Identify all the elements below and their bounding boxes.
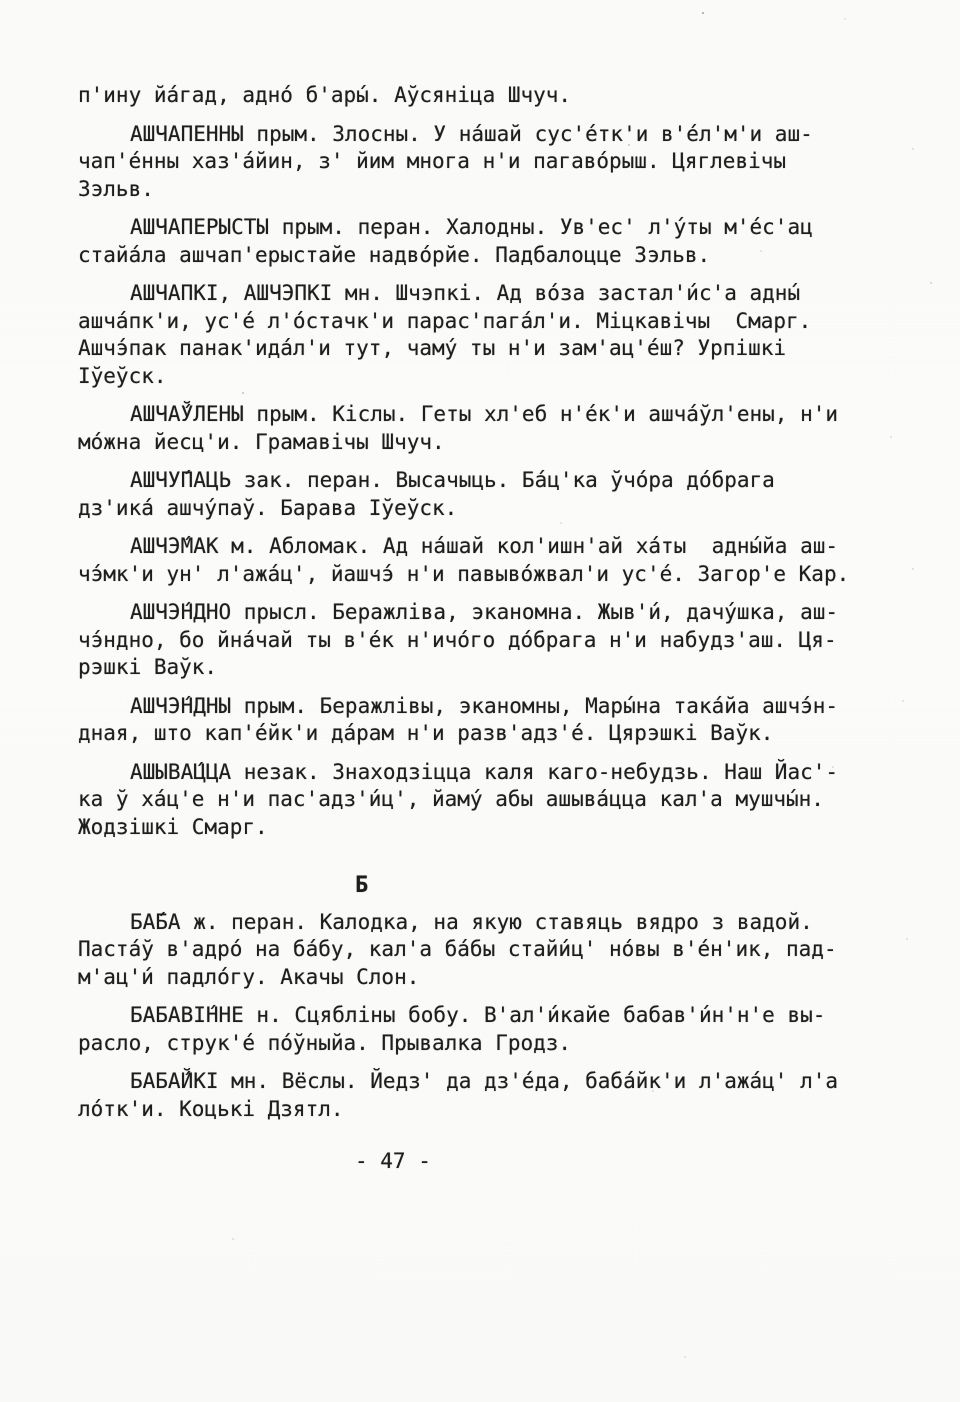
text-line: рэшкі Ваўк. <box>78 654 960 682</box>
text-line: БАБА́ЙКІ мн. Вёслы. Йедз' да дз'е́да, ба… <box>78 1068 960 1096</box>
text-line: чэ́ндно, бо йна́чай ты в'е́к н'ичо́го до… <box>78 627 960 655</box>
scan-noise-speckles <box>0 0 2 2</box>
dictionary-entry: БАБА́ЙКІ мн. Вёслы. Йедз' да дз'е́да, ба… <box>78 1068 960 1123</box>
text-line: расло, струк'е́ по́ўныйа. Прывалка Гродз… <box>78 1030 960 1058</box>
text-line: дз'ика́ ашчу́паў. Барава Іўеўск. <box>78 495 960 523</box>
text-line: Зэльв. <box>78 176 960 204</box>
scanned-page: п'ину йа́гад, адно́ б'ары́. Аўсяніца Шчу… <box>0 0 960 1402</box>
text-line: Іўеўск. <box>78 363 960 391</box>
dictionary-entry: АШЫВА́ЦЦА незак. Знаходзіцца каля каго-н… <box>78 759 960 842</box>
text-line: АШЫВА́ЦЦА незак. Знаходзіцца каля каго-н… <box>78 759 960 787</box>
text-line: БАБАВІ́ННЕ н. Сцябліны бобу. В'ал'и́кайе… <box>78 1002 960 1030</box>
dictionary-entry: п'ину йа́гад, адно́ б'ары́. Аўсяніца Шчу… <box>78 82 960 110</box>
text-line: АШЧЭ́НДНЫ прым. Беражлівы, эканомны, Мар… <box>78 693 960 721</box>
dictionary-entry: БА́БА ж. перан. Калодка, на якую ставяць… <box>78 909 960 992</box>
text-line: п'ину йа́гад, адно́ б'ары́. Аўсяніца Шчу… <box>78 82 960 110</box>
text-line: чап'е́нны хаз'а́йин, з' йим многа н'и па… <box>78 148 960 176</box>
text-line: ло́тк'и. Коцькі Дзятл. <box>78 1096 960 1124</box>
text-line: АШЧЭ́НДНО прысл. Беражліва, эканомна. Жы… <box>78 599 960 627</box>
dictionary-entry: АШЧАПЕННЫ прым. Злосны. У на́шай сус'е́т… <box>78 121 960 204</box>
page-number: - 47 - <box>78 1148 960 1176</box>
dictionary-entry: АШЧЭ́НДНЫ прым. Беражлівы, эканомны, Мар… <box>78 693 960 748</box>
page-number-label: - 47 - <box>78 1148 960 1176</box>
dictionary-entry: АШЧАПКІ, АШЧЭПКІ мн. Шчэпкі. Ад во́за за… <box>78 280 960 390</box>
section-letter: Б <box>78 872 960 900</box>
text-line: дная, што кап'е́йк'и да́рам н'и разв'адз… <box>78 720 960 748</box>
text-column: п'ину йа́гад, адно́ б'ары́. Аўсяніца Шчу… <box>78 82 960 1187</box>
text-line: Жодзішкі Смарг. <box>78 814 960 842</box>
dictionary-entry: АШЧЭ́МАК м. Абломак. Ад на́шай кол'ишн'а… <box>78 533 960 588</box>
text-line: АШЧЭ́МАК м. Абломак. Ад на́шай кол'ишн'а… <box>78 533 960 561</box>
text-line: чэ́мк'и ун' л'ажа́ц', йашчэ́ н'и павыво́… <box>78 561 960 589</box>
text-line: мо́жна йесц'и. Грамавічы Шчуч. <box>78 429 960 457</box>
text-line: АШЧА́ЎЛЕНЫ прым. Кіслы. Геты хл'еб н'е́к… <box>78 401 960 429</box>
text-line: АШЧАПЕННЫ прым. Злосны. У на́шай сус'е́т… <box>78 121 960 149</box>
text-line: ка ў ха́ц'е н'и пас'адз'и́ц', йаму́ абы … <box>78 786 960 814</box>
text-line: АШЧУ́ПАЦЬ зак. перан. Высачыць. Ба́ц'ка … <box>78 467 960 495</box>
dictionary-entry: БАБАВІ́ННЕ н. Сцябліны бобу. В'ал'и́кайе… <box>78 1002 960 1057</box>
text-line: БА́БА ж. перан. Калодка, на якую ставяць… <box>78 909 960 937</box>
dictionary-entry: АШЧА́ЎЛЕНЫ прым. Кіслы. Геты хл'еб н'е́к… <box>78 401 960 456</box>
text-line: Ашчэ́пак панак'ида́л'и тут, чаму́ ты н'и… <box>78 335 960 363</box>
dictionary-section-b: БА́БА ж. перан. Калодка, на якую ставяць… <box>78 909 960 1124</box>
dictionary-entry: АШЧАПЕРЫСТЫ прым. перан. Халодны. Ув'ес'… <box>78 214 960 269</box>
text-line: АШЧАПКІ, АШЧЭПКІ мн. Шчэпкі. Ад во́за за… <box>78 280 960 308</box>
text-line: м'ац'и́ падло́гу. Акачы Слон. <box>78 964 960 992</box>
text-line: стайа́ла ашчап'ерыстайе надво́рйе. Падба… <box>78 242 960 270</box>
dictionary-entry: АШЧЭ́НДНО прысл. Беражліва, эканомна. Жы… <box>78 599 960 682</box>
text-line: ашча́пк'и, ус'е́ л'о́стачк'и парас'пага́… <box>78 308 960 336</box>
dictionary-section-a: п'ину йа́гад, адно́ б'ары́. Аўсяніца Шчу… <box>78 82 960 841</box>
section-header-b: Б <box>78 872 960 900</box>
text-line: Паста́ў в'адро́ на ба́бу, кал'а ба́бы ст… <box>78 936 960 964</box>
text-line: АШЧАПЕРЫСТЫ прым. перан. Халодны. Ув'ес'… <box>78 214 960 242</box>
dictionary-entry: АШЧУ́ПАЦЬ зак. перан. Высачыць. Ба́ц'ка … <box>78 467 960 522</box>
